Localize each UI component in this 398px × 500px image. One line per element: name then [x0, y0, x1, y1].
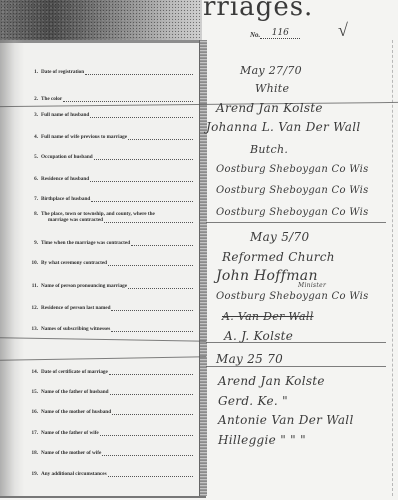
- field-13: 13.Names of subscribing witnesses: [28, 326, 193, 332]
- dotted-line: [109, 370, 193, 375]
- field-19: 19.Any additional circumstances: [28, 471, 193, 477]
- entry-officiant-title: Minister: [298, 282, 326, 289]
- dotted-line: [108, 261, 193, 266]
- field-label: Residence of person last named: [41, 305, 110, 311]
- field-number: 13.: [28, 326, 38, 332]
- entry-mother-husband: Gerd. Ke. ": [218, 394, 288, 408]
- field-number: 16.: [28, 409, 38, 415]
- entry-marriage-place: Oostburg Sheboygan Co Wis: [216, 207, 369, 218]
- field-label: Date of certificate of marriage: [41, 369, 108, 375]
- dotted-line: [108, 472, 193, 477]
- entry-mother-wife: Hilleggie " " ": [218, 433, 306, 447]
- field-label: Names of subscribing witnesses: [41, 326, 110, 332]
- field-11: 11.Name of person pronouncing marriage: [28, 283, 193, 289]
- dotted-line: [94, 155, 193, 160]
- field-label: Any additional circumstances: [41, 471, 107, 477]
- field-label: Date of registration: [41, 69, 84, 75]
- field-label: Name of person pronouncing marriage: [41, 283, 127, 289]
- field-label: Full name of wife previous to marriage: [41, 134, 127, 140]
- field-number: 3.: [28, 112, 38, 118]
- entry-witness-1: A. Van Der Wall: [222, 310, 314, 323]
- record-number-label: No.: [250, 31, 260, 39]
- record-number-value: 116: [260, 28, 300, 39]
- dotted-line: [100, 431, 193, 436]
- dotted-line: [128, 135, 193, 140]
- field-number: 14.: [28, 369, 38, 375]
- field-2: 2.The color: [28, 96, 193, 102]
- dotted-line: [112, 410, 193, 415]
- field-number: 18.: [28, 450, 38, 456]
- entry-father-husband: Arend Jan Kolste: [218, 374, 325, 388]
- dotted-line: [102, 451, 193, 456]
- scanned-dark-header-band: [0, 0, 202, 40]
- field-3: 3.Full name of husband: [28, 112, 193, 118]
- record-number: No. 116: [250, 28, 300, 39]
- field-label: Name of the father of husband: [41, 389, 109, 395]
- field-number: 15.: [28, 389, 38, 395]
- field-number: 2.: [28, 96, 38, 102]
- dotted-line: [91, 197, 193, 202]
- field-14: 14.Date of certificate of marriage: [28, 369, 193, 375]
- field-4: 4.Full name of wife previous to marriage: [28, 134, 193, 140]
- entry-officiant-residence: Oostburg Sheboygan Co Wis: [216, 291, 369, 302]
- field-label: Occupation of husband: [41, 154, 93, 160]
- entry-ceremony: Reformed Church: [222, 250, 335, 264]
- field-6: 6.Residence of husband: [28, 176, 193, 182]
- field-1: 1.Date of registration: [28, 69, 193, 75]
- dotted-line: [128, 284, 193, 289]
- check-mark-icon: √: [338, 20, 348, 41]
- field-label: By what ceremony contracted: [41, 260, 107, 266]
- field-label: Name of the father of wife: [41, 430, 99, 436]
- entry-birthplace-husband: Oostburg Sheboygan Co Wis: [216, 185, 369, 196]
- field-8: 8.The place, town or township, and count…: [28, 211, 193, 223]
- field-number: 4.: [28, 134, 38, 140]
- field-17: 17.Name of the father of wife: [28, 430, 193, 436]
- field-label: Residence of husband: [41, 176, 89, 182]
- field-18: 18.Name of the mother of wife: [28, 450, 193, 456]
- field-number: 10.: [28, 260, 38, 266]
- dotted-line: [111, 327, 193, 332]
- entry-occupation: Butch.: [250, 143, 288, 156]
- field-15: 15.Name of the father of husband: [28, 389, 193, 395]
- field-number: 7.: [28, 196, 38, 202]
- register-title-fragment: rriages.: [203, 0, 313, 22]
- field-16: 16.Name of the mother of husband: [28, 409, 193, 415]
- entry-color: White: [255, 82, 289, 95]
- field-number: 5.: [28, 154, 38, 160]
- section-divider: [206, 222, 386, 223]
- field-number: 17.: [28, 430, 38, 436]
- dotted-line: [131, 241, 193, 246]
- field-number: 11.: [28, 283, 38, 289]
- dotted-line: [110, 390, 194, 395]
- field-7: 7.Birthplace of husband: [28, 196, 193, 202]
- dotted-line: [111, 306, 193, 311]
- entry-husband-name: Arend Jan Kolste: [216, 101, 323, 115]
- page-bottom-border: [0, 496, 206, 498]
- scan-shadow-edge: [0, 40, 24, 498]
- field-number: 1.: [28, 69, 38, 75]
- field-label: Name of the mother of husband: [41, 409, 111, 415]
- field-label-continued: marriage was contracted: [48, 217, 103, 223]
- entry-witness-2: A. J. Kolste: [224, 329, 293, 343]
- dotted-line: [85, 70, 193, 75]
- field-label: Name of the mother of wife: [41, 450, 101, 456]
- field-number: 6.: [28, 176, 38, 182]
- dotted-line: [90, 113, 193, 118]
- field-12: 12.Residence of person last named: [28, 305, 193, 311]
- field-5: 5.Occupation of husband: [28, 154, 193, 160]
- entry-marriage-time: May 5/70: [250, 230, 309, 244]
- field-label: Birthplace of husband: [41, 196, 90, 202]
- field-9: 9.Time when the marriage was contracted: [28, 240, 193, 246]
- entry-date-of-registration: May 27/70: [240, 64, 302, 77]
- field-label: The color: [41, 96, 62, 102]
- field-number: 9.: [28, 240, 38, 246]
- dotted-line: [104, 218, 193, 223]
- field-number: 12.: [28, 305, 38, 311]
- field-number: 19.: [28, 471, 38, 477]
- field-label: Time when the marriage was contracted: [41, 240, 130, 246]
- dotted-line: [90, 177, 193, 182]
- entry-residence-husband: Oostburg Sheboygan Co Wis: [216, 164, 369, 175]
- entry-wife-name: Johanna L. Van Der Wall: [206, 120, 361, 134]
- field-10: 10.By what ceremony contracted: [28, 260, 193, 266]
- field-label: Full name of husband: [41, 112, 89, 118]
- entry-certificate-date: May 25 70: [216, 352, 283, 366]
- entry-father-wife: Antonie Van Der Wall: [218, 413, 354, 427]
- section-divider: [206, 366, 386, 367]
- dotted-line: [63, 97, 193, 102]
